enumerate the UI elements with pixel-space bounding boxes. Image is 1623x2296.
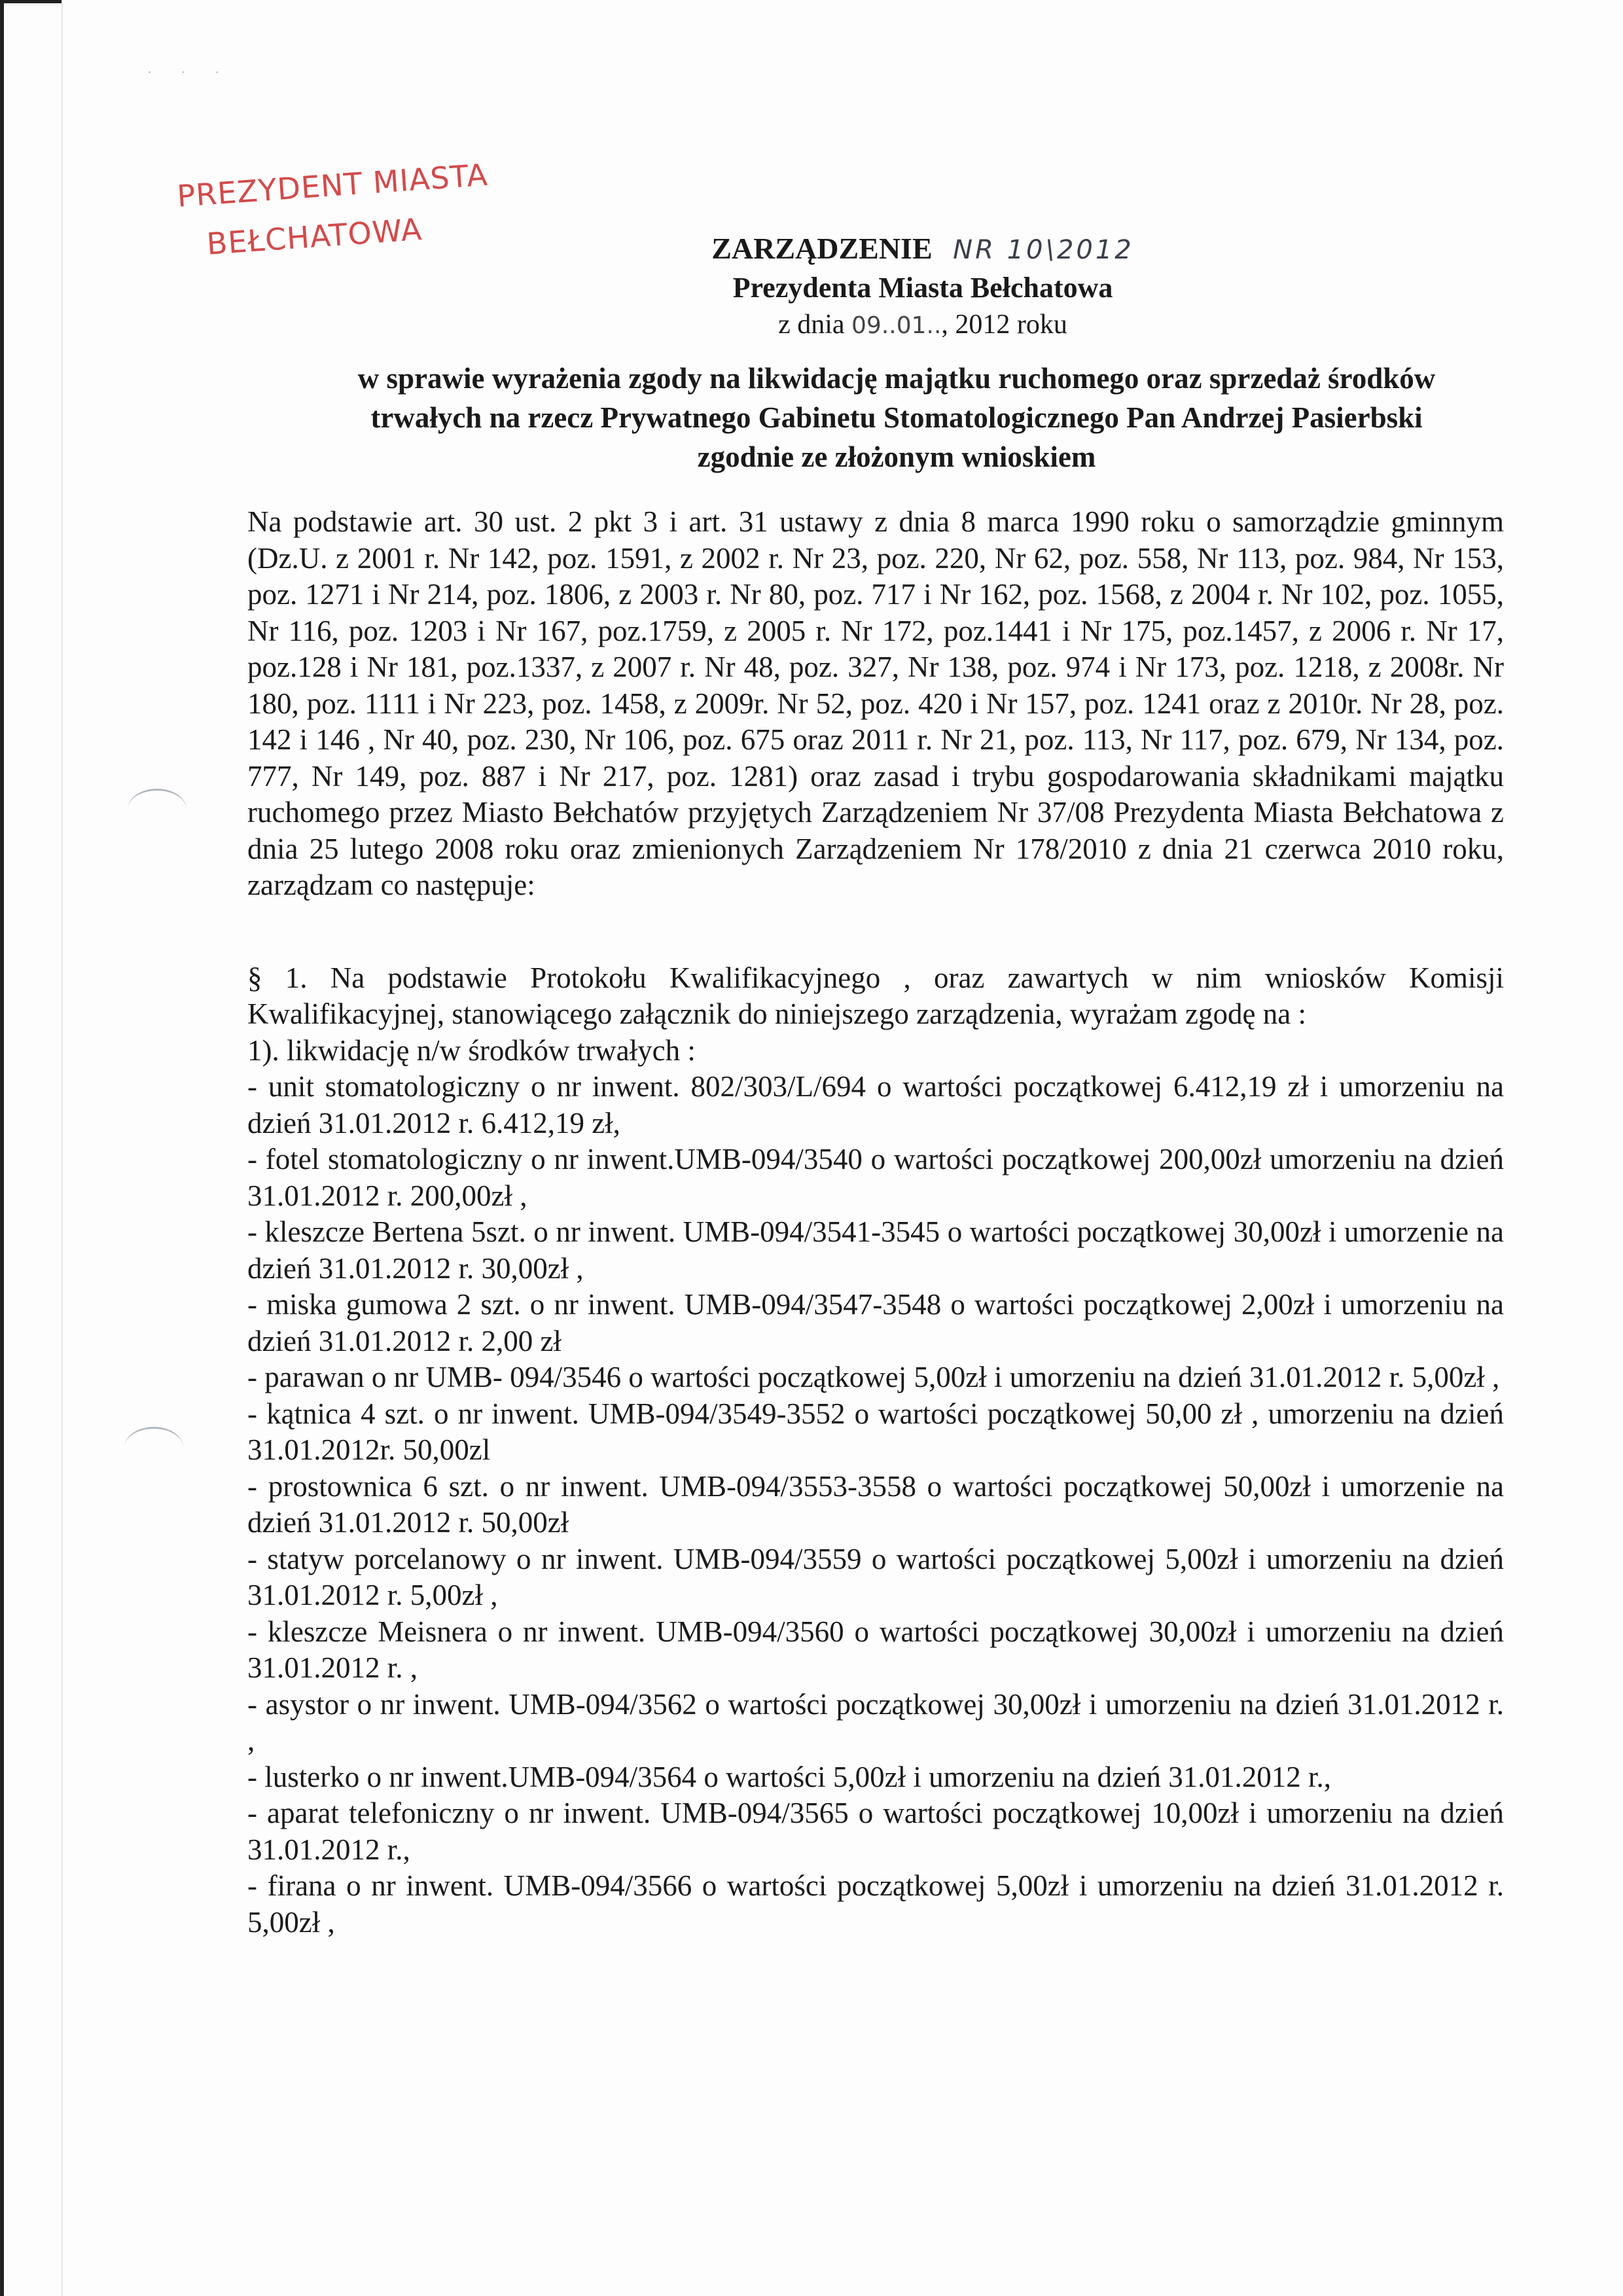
date-suffix: , 2012 roku: [941, 310, 1067, 340]
issuer: Prezydenta Miasta Bełchatowa: [223, 270, 1623, 306]
scan-specks: · · ·: [147, 65, 232, 81]
scan-edge-top: [0, 0, 63, 3]
handwritten-date: 09..01..: [851, 312, 941, 339]
subject-line: trwałych na rzecz Prywatnego Gabinetu St…: [275, 398, 1518, 437]
document-title: ZARZĄDZENIE NR 10\2012: [223, 229, 1623, 270]
punch-hole-mark: [128, 789, 187, 830]
asset-list-item: - kleszcze Bertena 5szt. o nr inwent. UM…: [247, 1214, 1504, 1287]
asset-list-item: - aparat telefoniczny o nr inwent. UMB-0…: [247, 1795, 1504, 1868]
subject-line: w sprawie wyrażenia zgody na likwidację …: [275, 359, 1518, 398]
punch-hole-mark: [124, 1427, 183, 1468]
section-1-point-1: 1). likwidację n/w środków trwałych :: [247, 1033, 1504, 1069]
scan-edge-inner: [62, 0, 63, 2296]
asset-list-item: - miska gumowa 2 szt. o nr inwent. UMB-0…: [247, 1287, 1504, 1359]
asset-list-item: - statyw porcelanowy o nr inwent. UMB-09…: [247, 1541, 1504, 1614]
asset-list-item: - firana o nr inwent. UMB-094/3566 o war…: [247, 1868, 1504, 1941]
scan-edge-left: [0, 0, 4, 2296]
asset-list-item: - kleszcze Meisnera o nr inwent. UMB-094…: [247, 1614, 1504, 1687]
document-date: z dnia 09..01.., 2012 roku: [223, 306, 1623, 344]
document-subject: w sprawie wyrażenia zgody na likwidację …: [275, 359, 1518, 476]
section-1-intro: § 1. Na podstawie Protokołu Kwalifikacyj…: [247, 960, 1504, 1033]
document-header: ZARZĄDZENIE NR 10\2012 Prezydenta Miasta…: [0, 229, 1623, 344]
document-body: Na podstawie art. 30 ust. 2 pkt 3 i art.…: [247, 504, 1504, 1941]
title-text: ZARZĄDZENIE: [711, 232, 932, 265]
asset-list-item: - asystor o nr inwent. UMB-094/3562 o wa…: [247, 1687, 1504, 1759]
asset-list-item: - kątnica 4 szt. o nr inwent. UMB-094/35…: [247, 1396, 1504, 1469]
asset-list-item: - lusterko o nr inwent.UMB-094/3564 o wa…: [247, 1759, 1504, 1796]
asset-list-item: - fotel stomatologiczny o nr inwent.UMB-…: [247, 1141, 1504, 1214]
handwritten-number: NR 10\2012: [953, 235, 1134, 265]
legal-basis-paragraph: Na podstawie art. 30 ust. 2 pkt 3 i art.…: [247, 504, 1504, 904]
date-prefix: z dnia: [778, 310, 844, 340]
asset-list-item: - parawan o nr UMB- 094/3546 o wartości …: [247, 1359, 1504, 1396]
asset-list: - unit stomatologiczny o nr inwent. 802/…: [247, 1069, 1504, 1941]
asset-list-item: - unit stomatologiczny o nr inwent. 802/…: [247, 1069, 1504, 1141]
asset-list-item: - prostownica 6 szt. o nr inwent. UMB-09…: [247, 1469, 1504, 1541]
subject-line: zgodnie ze złożonym wnioskiem: [275, 437, 1518, 476]
